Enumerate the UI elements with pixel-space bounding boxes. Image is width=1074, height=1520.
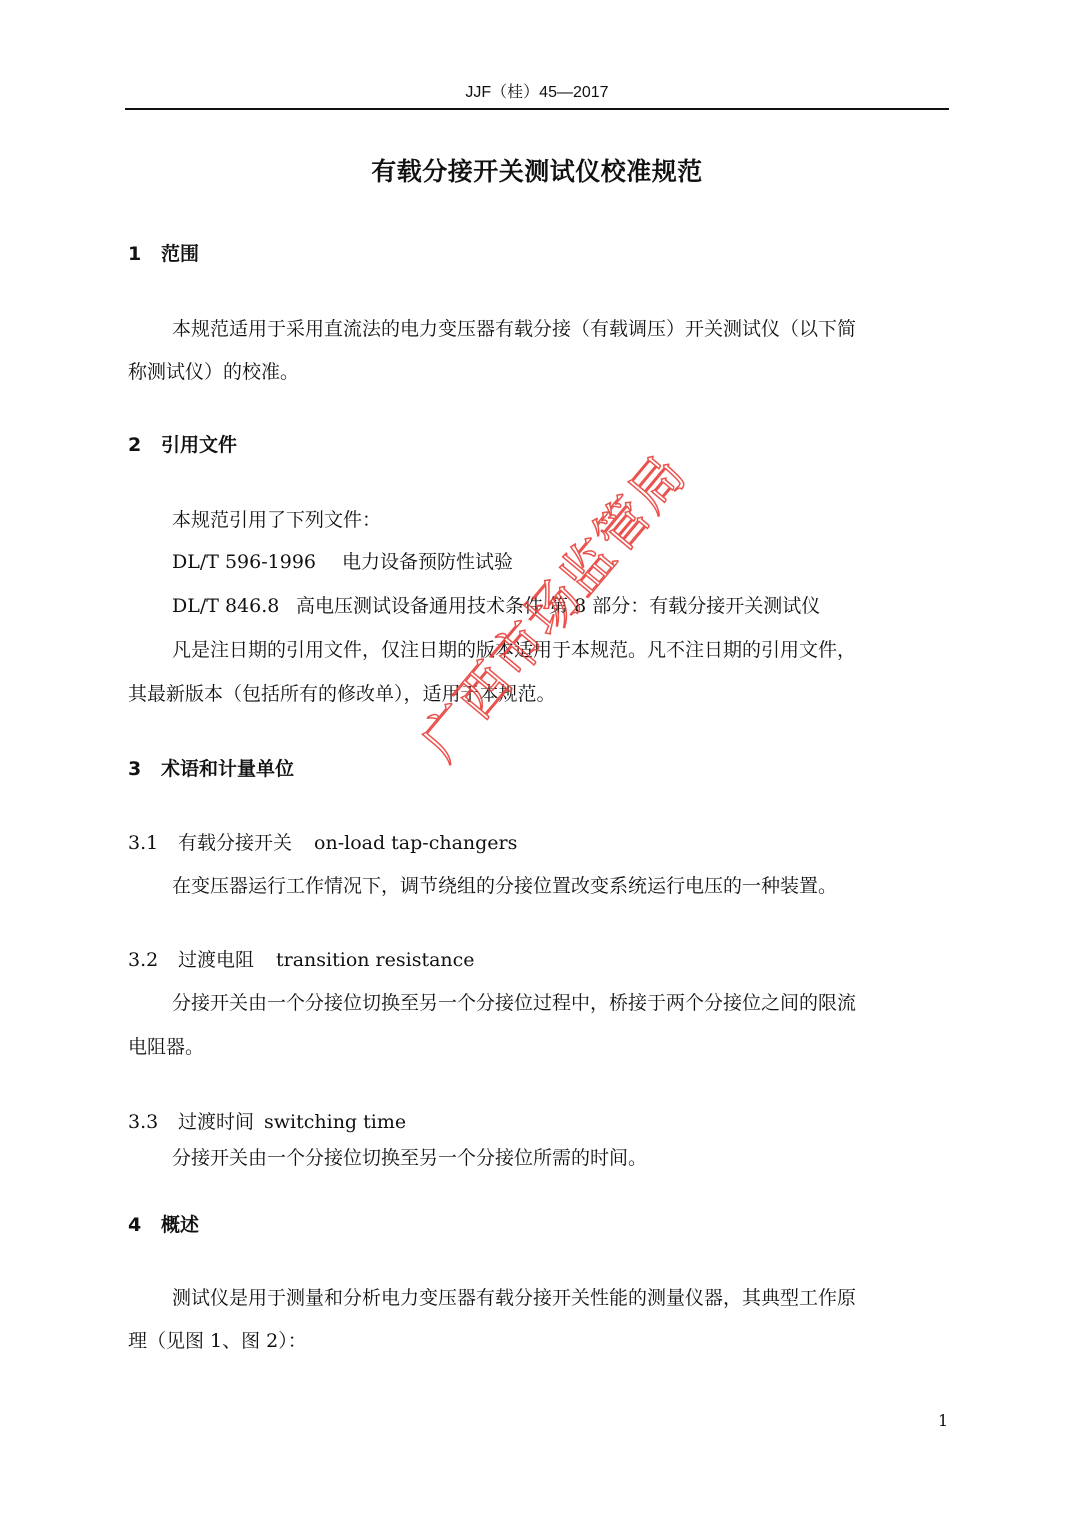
section-1-heading: 1范围: [128, 239, 199, 266]
paragraph-line: 本规范引用了下列文件：: [172, 505, 381, 532]
term-chinese: 有载分接开关: [178, 832, 292, 854]
paragraph-line: 本规范适用于采用直流法的电力变压器有载分接（有载调压）开关测试仪（以下简: [172, 314, 856, 341]
term-3-2-heading: 3.2过渡电阻transition resistance: [128, 945, 475, 972]
section-title: 范围: [161, 243, 199, 265]
term-english: on-load tap-changers: [314, 832, 517, 854]
reference-title: 电力设备预防性试验: [342, 551, 513, 573]
section-2-heading: 2引用文件: [128, 430, 237, 457]
page-number: 1: [938, 1411, 948, 1430]
term-3-1-heading: 3.1有载分接开关on-load tap-changers: [128, 828, 517, 855]
term-chinese: 过渡电阻: [178, 949, 254, 971]
term-definition: 分接开关由一个分接位切换至另一个分接位过程中，桥接于两个分接位之间的限流: [172, 988, 856, 1015]
section-title: 引用文件: [161, 434, 237, 456]
term-3-3-heading: 3.3过渡时间switching time: [128, 1107, 406, 1134]
running-header: JJF（桂）45—2017: [0, 79, 1074, 102]
reference-code: DL/T 596-1996: [172, 551, 342, 573]
reference-item: DL/T 846.8高电压测试设备通用技术条件 第 8 部分：有载分接开关测试仪: [172, 591, 820, 618]
term-number: 3.2: [128, 949, 178, 971]
term-english: transition resistance: [276, 949, 475, 971]
section-number: 2: [128, 434, 161, 456]
term-definition: 电阻器。: [128, 1032, 204, 1059]
term-number: 3.1: [128, 832, 178, 854]
term-number: 3.3: [128, 1111, 178, 1133]
paragraph-line: 凡是注日期的引用文件，仅注日期的版本适用于本规范。凡不注日期的引用文件，: [172, 635, 856, 662]
reference-title: 高电压测试设备通用技术条件 第 8 部分：有载分接开关测试仪: [296, 595, 820, 617]
section-number: 1: [128, 243, 161, 265]
section-4-heading: 4概述: [128, 1210, 199, 1237]
section-3-heading: 3术语和计量单位: [128, 754, 294, 781]
term-definition: 分接开关由一个分接位切换至另一个分接位所需的时间。: [172, 1143, 647, 1170]
reference-code: DL/T 846.8: [172, 595, 296, 617]
section-title: 术语和计量单位: [161, 758, 294, 780]
paragraph-line: 理（见图 1、图 2）：: [128, 1326, 307, 1353]
document-title: 有载分接开关测试仪校准规范: [0, 152, 1074, 188]
document-page: JJF（桂）45—2017 有载分接开关测试仪校准规范 1范围 本规范适用于采用…: [0, 0, 1074, 1520]
section-number: 4: [128, 1214, 161, 1236]
term-english: switching time: [264, 1111, 406, 1133]
paragraph-line: 其最新版本（包括所有的修改单），适用于本规范。: [128, 679, 556, 706]
paragraph-line: 称测试仪）的校准。: [128, 357, 299, 384]
reference-item: DL/T 596-1996电力设备预防性试验: [172, 547, 513, 574]
header-rule: [125, 108, 949, 110]
section-title: 概述: [161, 1214, 199, 1236]
term-definition: 在变压器运行工作情况下，调节绕组的分接位置改变系统运行电压的一种装置。: [172, 871, 837, 898]
section-number: 3: [128, 758, 161, 780]
term-chinese: 过渡时间: [178, 1111, 254, 1133]
paragraph-line: 测试仪是用于测量和分析电力变压器有载分接开关性能的测量仪器，其典型工作原: [172, 1283, 856, 1310]
